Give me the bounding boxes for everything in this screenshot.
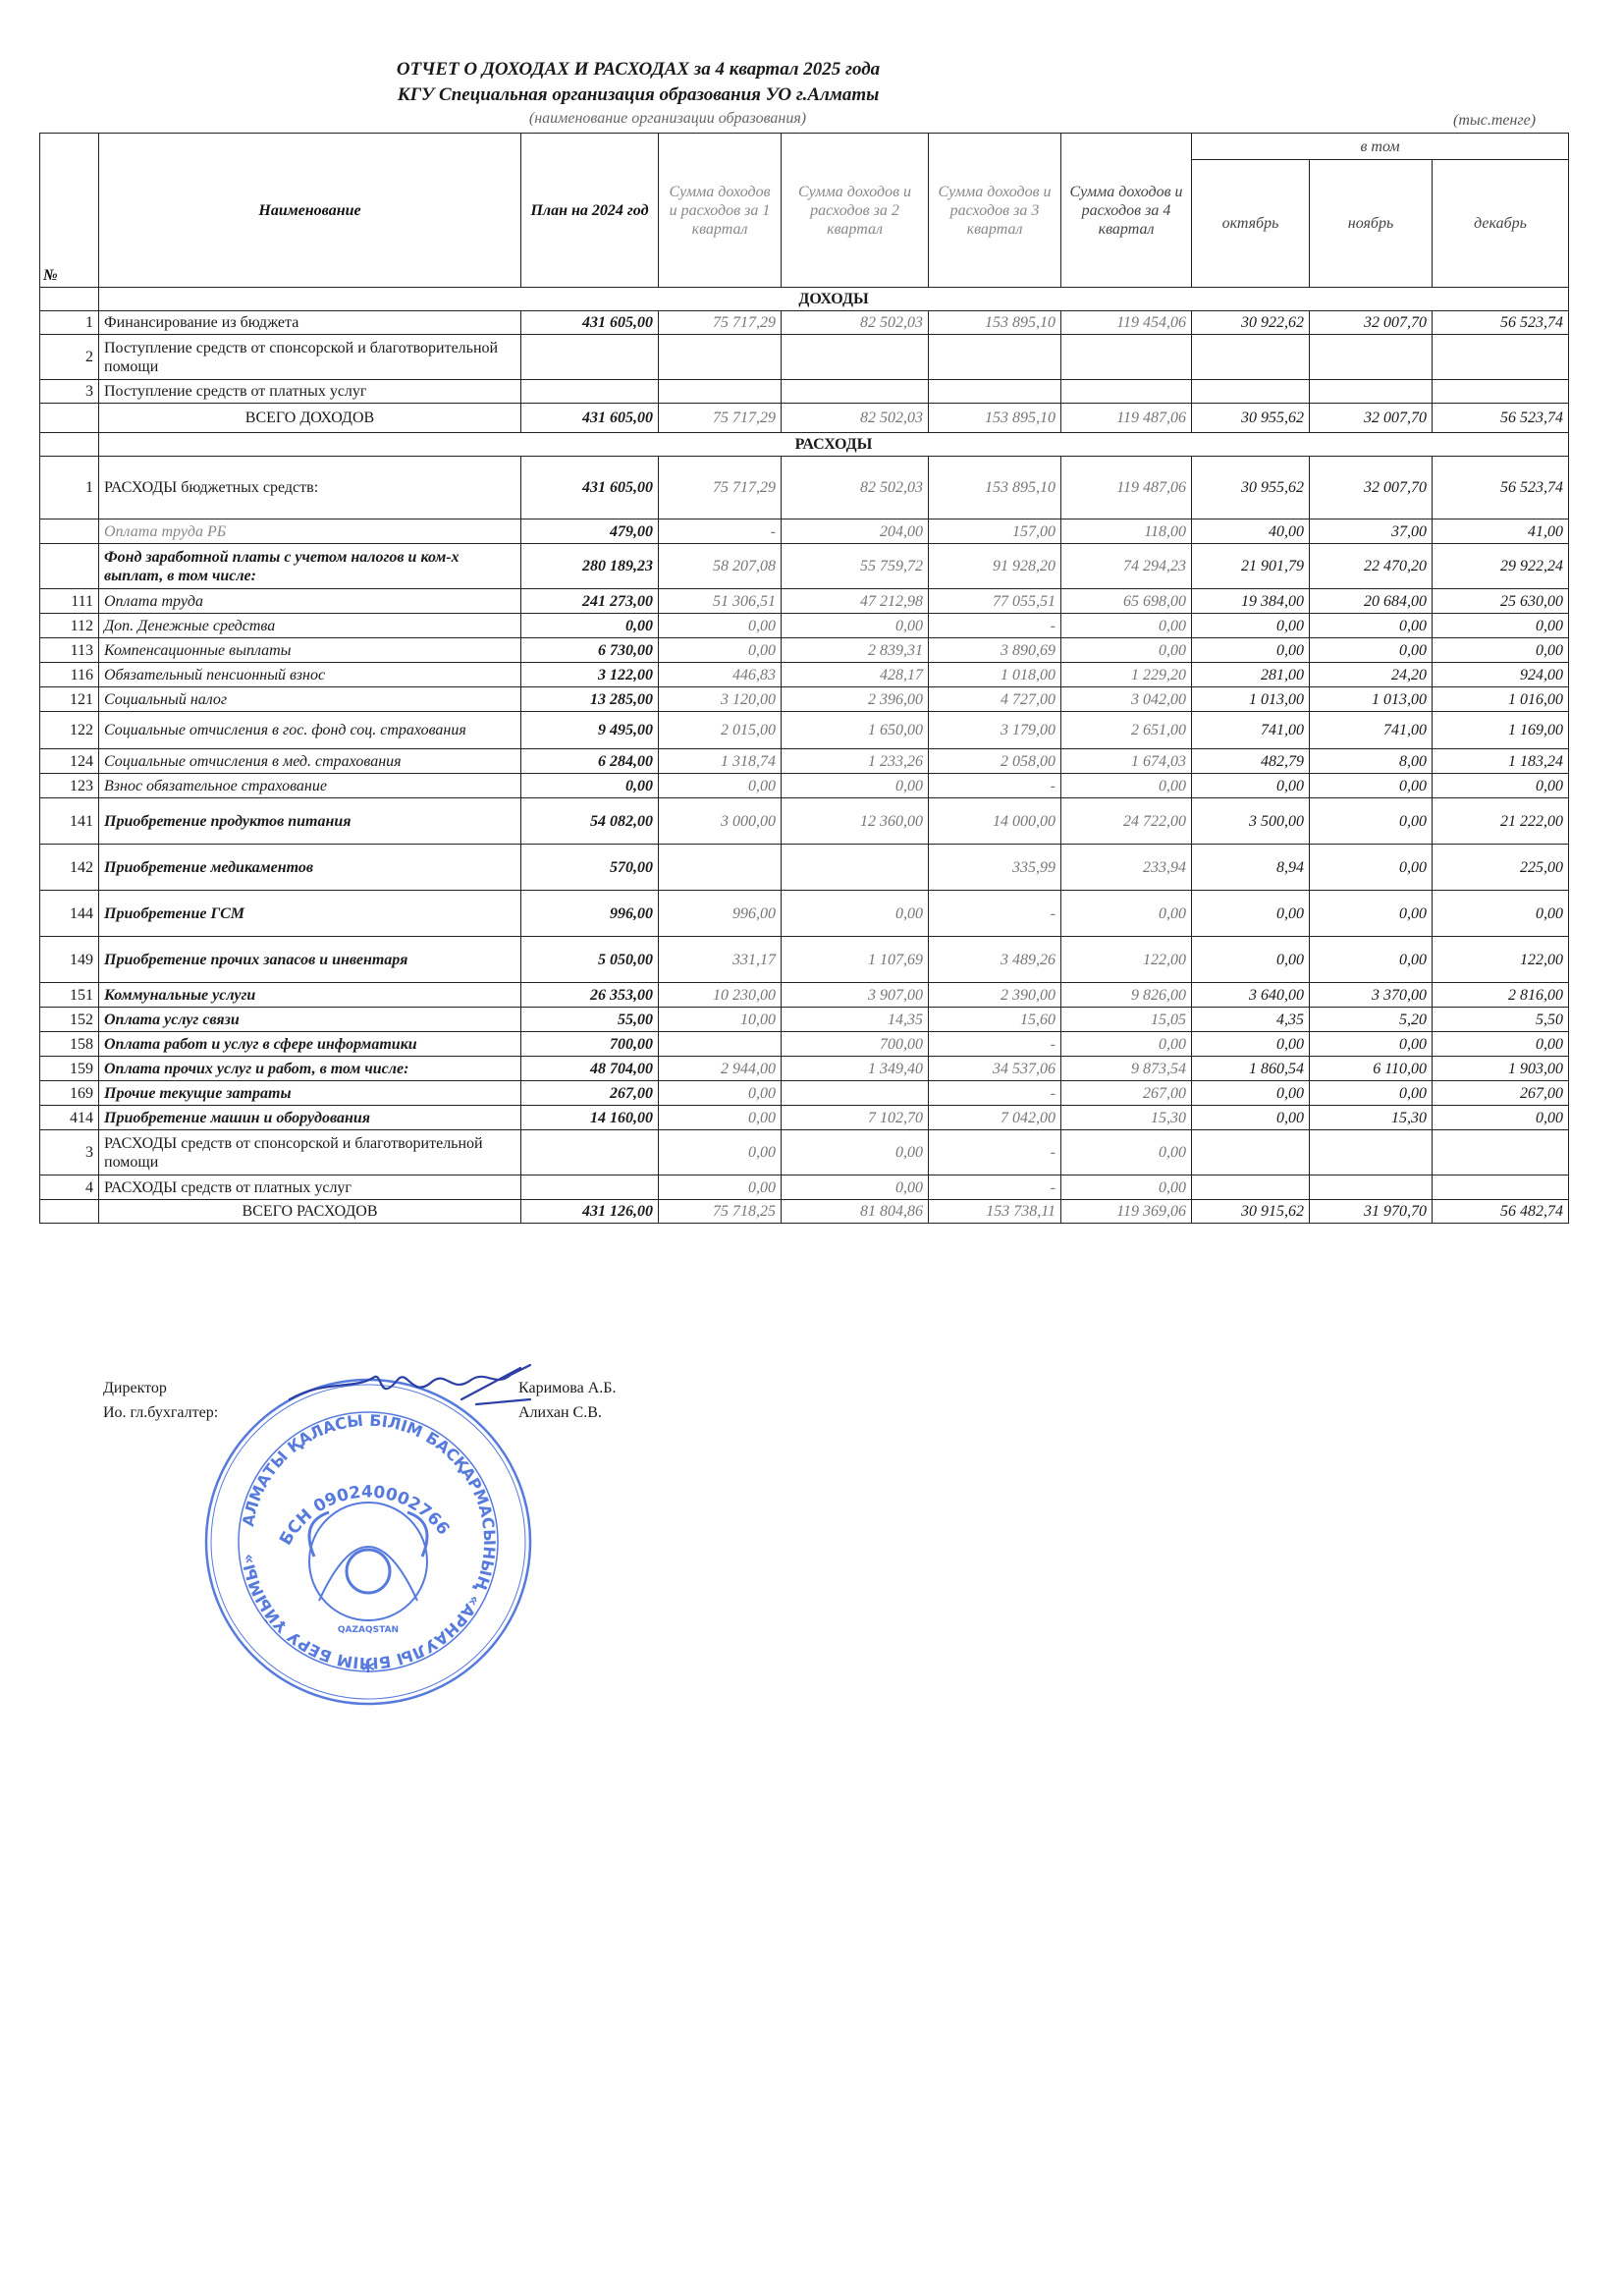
col-header-q2: Сумма доходов и расходов за 2 квартал	[782, 134, 929, 288]
row-code: 149	[40, 937, 99, 983]
expense-total-row: ВСЕГО РАСХОДОВ431 126,0075 718,2581 804,…	[40, 1200, 1569, 1224]
row-name: Коммунальные услуги	[99, 983, 521, 1008]
cell-nov: 5,20	[1310, 1008, 1433, 1032]
row-name: Финансирование из бюджета	[99, 311, 521, 335]
cell-oct: 0,00	[1192, 891, 1310, 937]
table-row: 3РАСХОДЫ средств от спонсорской и благот…	[40, 1130, 1569, 1175]
table-row: 1РАСХОДЫ бюджетных средств:431 605,0075 …	[40, 457, 1569, 519]
row-code: 169	[40, 1081, 99, 1106]
cell-oct: 281,00	[1192, 663, 1310, 687]
cell-q2: 82 502,03	[782, 404, 929, 433]
cell-oct: 3 640,00	[1192, 983, 1310, 1008]
cell-plan: 431 605,00	[521, 311, 659, 335]
row-code: 152	[40, 1008, 99, 1032]
cell-q4: 1 674,03	[1061, 749, 1192, 774]
row-name: Обязательный пенсионный взнос	[99, 663, 521, 687]
cell-q2: 7 102,70	[782, 1106, 929, 1130]
row-code: 113	[40, 638, 99, 663]
cell-q3: 2 390,00	[929, 983, 1061, 1008]
cell-q4: 1 229,20	[1061, 663, 1192, 687]
cell-oct: 0,00	[1192, 937, 1310, 983]
cell-q4	[1061, 335, 1192, 380]
cell-plan: 700,00	[521, 1032, 659, 1057]
cell-plan: 0,00	[521, 614, 659, 638]
table-row: 2Поступление средств от спонсорской и бл…	[40, 335, 1569, 380]
cell-q2: 82 502,03	[782, 457, 929, 519]
cell-dec	[1433, 380, 1569, 404]
row-name: Приобретение прочих запасов и инвентаря	[99, 937, 521, 983]
row-name: Фонд заработной платы с учетом налогов и…	[99, 544, 521, 589]
cell-nov: 3 370,00	[1310, 983, 1433, 1008]
cell-q1: 10 230,00	[659, 983, 782, 1008]
table-row: 124Социальные отчисления в мед. страхова…	[40, 749, 1569, 774]
table-row: 414Приобретение машин и оборудования14 1…	[40, 1106, 1569, 1130]
cell-nov: 0,00	[1310, 638, 1433, 663]
cell-q2: 0,00	[782, 1130, 929, 1175]
row-name: Социальный налог	[99, 687, 521, 712]
cell-q4: 0,00	[1061, 774, 1192, 798]
cell-plan: 14 160,00	[521, 1106, 659, 1130]
cell-oct: 741,00	[1192, 712, 1310, 749]
row-code: 151	[40, 983, 99, 1008]
cell-q2	[782, 380, 929, 404]
cell-plan	[521, 1130, 659, 1175]
cell-plan: 6 284,00	[521, 749, 659, 774]
cell-q3: 2 058,00	[929, 749, 1061, 774]
cell-plan: 55,00	[521, 1008, 659, 1032]
section-income: ДОХОДЫ	[99, 288, 1569, 311]
cell-q2: 81 804,86	[782, 1200, 929, 1224]
row-code	[40, 404, 99, 433]
cell-q1: 0,00	[659, 1081, 782, 1106]
row-code	[40, 519, 99, 544]
cell-nov: 0,00	[1310, 845, 1433, 891]
cell-q3: 153 895,10	[929, 457, 1061, 519]
cell-dec: 0,00	[1433, 1106, 1569, 1130]
cell-plan: 996,00	[521, 891, 659, 937]
cell-q3: 3 489,26	[929, 937, 1061, 983]
row-code: 142	[40, 845, 99, 891]
table-row: 121Социальный налог13 285,003 120,002 39…	[40, 687, 1569, 712]
cell-q1: 0,00	[659, 638, 782, 663]
table-row: 111Оплата труда241 273,0051 306,5147 212…	[40, 589, 1569, 614]
cell-q1	[659, 380, 782, 404]
cell-q4: 0,00	[1061, 891, 1192, 937]
cell-q3: 14 000,00	[929, 798, 1061, 845]
cell-nov: 0,00	[1310, 937, 1433, 983]
row-name: Приобретение ГСМ	[99, 891, 521, 937]
cell-oct: 30 955,62	[1192, 404, 1310, 433]
row-name: РАСХОДЫ бюджетных средств:	[99, 457, 521, 519]
cell-q2	[782, 1081, 929, 1106]
cell-oct: 0,00	[1192, 1081, 1310, 1106]
cell-dec: 56 482,74	[1433, 1200, 1569, 1224]
cell-q2: 0,00	[782, 614, 929, 638]
cell-q4: 118,00	[1061, 519, 1192, 544]
col-header-dec: декабрь	[1433, 160, 1569, 288]
cell-nov: 8,00	[1310, 749, 1433, 774]
cell-dec: 25 630,00	[1433, 589, 1569, 614]
director-signature	[285, 1360, 540, 1419]
currency-unit: (тыс.тенге)	[1453, 112, 1536, 130]
col-header-plan: План на 2024 год	[521, 134, 659, 288]
cell-nov: 24,20	[1310, 663, 1433, 687]
cell-q1: 75 717,29	[659, 457, 782, 519]
row-name: Приобретение машин и оборудования	[99, 1106, 521, 1130]
cell-nov	[1310, 380, 1433, 404]
cell-plan: 241 273,00	[521, 589, 659, 614]
cell-q1: 0,00	[659, 1175, 782, 1200]
cell-q3: 153 895,10	[929, 311, 1061, 335]
row-code: 2	[40, 335, 99, 380]
organization-caption: (наименование организации образования)	[373, 110, 962, 128]
row-name: Социальные отчисления в мед. страхования	[99, 749, 521, 774]
cell-dec: 5,50	[1433, 1008, 1569, 1032]
cell-nov	[1310, 335, 1433, 380]
cell-oct: 19 384,00	[1192, 589, 1310, 614]
cell-q3: -	[929, 774, 1061, 798]
cell-oct: 30 922,62	[1192, 311, 1310, 335]
cell-nov: 20 684,00	[1310, 589, 1433, 614]
row-name: Приобретение медикаментов	[99, 845, 521, 891]
cell-q1	[659, 335, 782, 380]
row-name: Оплата работ и услуг в сфере информатики	[99, 1032, 521, 1057]
col-header-num: №	[40, 134, 99, 288]
cell-plan: 13 285,00	[521, 687, 659, 712]
cell-q4: 74 294,23	[1061, 544, 1192, 589]
row-code: 1	[40, 457, 99, 519]
cell-dec: 1 903,00	[1433, 1057, 1569, 1081]
row-code: 159	[40, 1057, 99, 1081]
cell-nov: 31 970,70	[1310, 1200, 1433, 1224]
cell-oct: 0,00	[1192, 1106, 1310, 1130]
report-title: ОТЧЕТ О ДОХОДАХ И РАСХОДАХ за 4 квартал …	[49, 59, 1227, 81]
cell-q4: 65 698,00	[1061, 589, 1192, 614]
cell-q3: -	[929, 891, 1061, 937]
cell-dec: 1 183,24	[1433, 749, 1569, 774]
cell-q1: 331,17	[659, 937, 782, 983]
cell-q4: 15,30	[1061, 1106, 1192, 1130]
cell-dec: 2 816,00	[1433, 983, 1569, 1008]
cell-q4: 233,94	[1061, 845, 1192, 891]
cell-q4: 119 487,06	[1061, 457, 1192, 519]
cell-plan: 570,00	[521, 845, 659, 891]
cell-q3: 4 727,00	[929, 687, 1061, 712]
cell-q4: 0,00	[1061, 1130, 1192, 1175]
cell-dec: 0,00	[1433, 614, 1569, 638]
table-row: 1Финансирование из бюджета431 605,0075 7…	[40, 311, 1569, 335]
cell-oct	[1192, 380, 1310, 404]
cell-oct: 8,94	[1192, 845, 1310, 891]
cell-q3: 1 018,00	[929, 663, 1061, 687]
cell-q1: -	[659, 519, 782, 544]
col-header-q3: Сумма доходов и расходов за 3 квартал	[929, 134, 1061, 288]
stamp-emblem-caption: QAZAQSTAN	[338, 1625, 399, 1635]
cell-q1: 3 000,00	[659, 798, 782, 845]
cell-plan: 267,00	[521, 1081, 659, 1106]
cell-q1: 2 944,00	[659, 1057, 782, 1081]
table-row: 123Взнос обязательное страхование0,000,0…	[40, 774, 1569, 798]
row-name: Социальные отчисления в гос. фонд соц. с…	[99, 712, 521, 749]
row-name: Оплата услуг связи	[99, 1008, 521, 1032]
cell-nov: 0,00	[1310, 1032, 1433, 1057]
row-name: Поступление средств от платных услуг	[99, 380, 521, 404]
cell-q4: 267,00	[1061, 1081, 1192, 1106]
table-row: Оплата труда РБ479,00-204,00157,00118,00…	[40, 519, 1569, 544]
cell-q2: 55 759,72	[782, 544, 929, 589]
row-code: 111	[40, 589, 99, 614]
row-name: Оплата труда	[99, 589, 521, 614]
table-row: 116Обязательный пенсионный взнос3 122,00…	[40, 663, 1569, 687]
cell-dec: 0,00	[1433, 1032, 1569, 1057]
cell-q2: 1 650,00	[782, 712, 929, 749]
cell-q2: 0,00	[782, 1175, 929, 1200]
cell-dec: 225,00	[1433, 845, 1569, 891]
cell-q3: 153 738,11	[929, 1200, 1061, 1224]
cell-dec: 56 523,74	[1433, 404, 1569, 433]
cell-oct: 0,00	[1192, 614, 1310, 638]
cell-nov: 22 470,20	[1310, 544, 1433, 589]
row-code: 124	[40, 749, 99, 774]
cell-plan: 431 126,00	[521, 1200, 659, 1224]
cell-q2: 1 107,69	[782, 937, 929, 983]
row-code: 158	[40, 1032, 99, 1057]
table-row: 152Оплата услуг связи55,0010,0014,3515,6…	[40, 1008, 1569, 1032]
cell-oct: 0,00	[1192, 1032, 1310, 1057]
cell-nov: 0,00	[1310, 614, 1433, 638]
cell-q1: 996,00	[659, 891, 782, 937]
table-row: 151Коммунальные услуги26 353,0010 230,00…	[40, 983, 1569, 1008]
cell-plan	[521, 380, 659, 404]
cell-q3: 7 042,00	[929, 1106, 1061, 1130]
cell-plan: 3 122,00	[521, 663, 659, 687]
row-name: РАСХОДЫ средств от спонсорской и благотв…	[99, 1130, 521, 1175]
cell-q1: 2 015,00	[659, 712, 782, 749]
table-row: 169Прочие текущие затраты267,000,00-267,…	[40, 1081, 1569, 1106]
cell-oct: 0,00	[1192, 638, 1310, 663]
cell-q3: 157,00	[929, 519, 1061, 544]
cell-dec: 56 523,74	[1433, 311, 1569, 335]
col-header-q4: Сумма доходов и расходов за 4 квартал	[1061, 134, 1192, 288]
row-name: ВСЕГО ДОХОДОВ	[99, 404, 521, 433]
cell-dec	[1433, 1130, 1569, 1175]
section-expenses: РАСХОДЫ	[99, 433, 1569, 457]
cell-q4: 0,00	[1061, 614, 1192, 638]
cell-oct	[1192, 1175, 1310, 1200]
cell-q4: 2 651,00	[1061, 712, 1192, 749]
row-code: 3	[40, 380, 99, 404]
cell-q1: 0,00	[659, 774, 782, 798]
cell-q3: -	[929, 1130, 1061, 1175]
cell-q3: -	[929, 1032, 1061, 1057]
cell-dec: 41,00	[1433, 519, 1569, 544]
row-code	[40, 1200, 99, 1224]
cell-q3: 77 055,51	[929, 589, 1061, 614]
cell-oct: 0,00	[1192, 774, 1310, 798]
table-row: 122Социальные отчисления в гос. фонд соц…	[40, 712, 1569, 749]
cell-q4: 0,00	[1061, 638, 1192, 663]
cell-q1: 51 306,51	[659, 589, 782, 614]
cell-q1: 0,00	[659, 614, 782, 638]
cell-plan: 5 050,00	[521, 937, 659, 983]
cell-dec: 267,00	[1433, 1081, 1569, 1106]
cell-nov: 15,30	[1310, 1106, 1433, 1130]
row-name: ВСЕГО РАСХОДОВ	[99, 1200, 521, 1224]
row-code: 116	[40, 663, 99, 687]
cell-q4: 15,05	[1061, 1008, 1192, 1032]
row-code: 112	[40, 614, 99, 638]
row-code: 123	[40, 774, 99, 798]
cell-dec: 924,00	[1433, 663, 1569, 687]
cell-oct: 1 013,00	[1192, 687, 1310, 712]
row-name: Компенсационные выплаты	[99, 638, 521, 663]
cell-oct	[1192, 1130, 1310, 1175]
cell-dec: 21 222,00	[1433, 798, 1569, 845]
table-row: 142Приобретение медикаментов570,00335,99…	[40, 845, 1569, 891]
cell-oct: 482,79	[1192, 749, 1310, 774]
cell-q1: 75 717,29	[659, 404, 782, 433]
cell-q2: 14,35	[782, 1008, 929, 1032]
cell-nov: 741,00	[1310, 712, 1433, 749]
cell-q2	[782, 335, 929, 380]
row-code: 121	[40, 687, 99, 712]
cell-q4: 3 042,00	[1061, 687, 1192, 712]
cell-q1: 0,00	[659, 1106, 782, 1130]
col-header-name: Наименование	[99, 134, 521, 288]
cell-q4: 119 487,06	[1061, 404, 1192, 433]
row-code	[40, 544, 99, 589]
cell-q2: 1 349,40	[782, 1057, 929, 1081]
cell-dec	[1433, 335, 1569, 380]
cell-oct: 1 860,54	[1192, 1057, 1310, 1081]
cell-q4: 122,00	[1061, 937, 1192, 983]
cell-dec: 1 169,00	[1433, 712, 1569, 749]
cell-nov: 32 007,70	[1310, 457, 1433, 519]
cell-dec: 0,00	[1433, 774, 1569, 798]
cell-q3: 3 890,69	[929, 638, 1061, 663]
cell-dec: 0,00	[1433, 891, 1569, 937]
table-row: 158Оплата работ и услуг в сфере информат…	[40, 1032, 1569, 1057]
cell-dec	[1433, 1175, 1569, 1200]
cell-plan: 431 605,00	[521, 404, 659, 433]
cell-dec: 1 016,00	[1433, 687, 1569, 712]
cell-q1: 1 318,74	[659, 749, 782, 774]
cell-q3	[929, 380, 1061, 404]
cell-q2: 3 907,00	[782, 983, 929, 1008]
row-name: Оплата труда РБ	[99, 519, 521, 544]
cell-nov: 0,00	[1310, 891, 1433, 937]
cell-dec: 56 523,74	[1433, 457, 1569, 519]
cell-q4: 9 826,00	[1061, 983, 1192, 1008]
row-name: Приобретение продуктов питания	[99, 798, 521, 845]
row-name: Взнос обязательное страхование	[99, 774, 521, 798]
cell-nov: 0,00	[1310, 798, 1433, 845]
report-table: № Наименование План на 2024 год Сумма до…	[39, 133, 1569, 1224]
cell-plan: 479,00	[521, 519, 659, 544]
table-row: 4РАСХОДЫ средств от платных услуг0,000,0…	[40, 1175, 1569, 1200]
cell-q3	[929, 335, 1061, 380]
cell-q4: 9 873,54	[1061, 1057, 1192, 1081]
cell-q1	[659, 845, 782, 891]
cell-plan	[521, 1175, 659, 1200]
cell-plan: 431 605,00	[521, 457, 659, 519]
cell-q3: 91 928,20	[929, 544, 1061, 589]
cell-q1: 75 717,29	[659, 311, 782, 335]
cell-nov: 37,00	[1310, 519, 1433, 544]
cell-q2: 204,00	[782, 519, 929, 544]
row-name: РАСХОДЫ средств от платных услуг	[99, 1175, 521, 1200]
row-code: 1	[40, 311, 99, 335]
cell-oct: 4,35	[1192, 1008, 1310, 1032]
cell-plan: 9 495,00	[521, 712, 659, 749]
cell-plan: 54 082,00	[521, 798, 659, 845]
table-row: Фонд заработной платы с учетом налогов и…	[40, 544, 1569, 589]
cell-nov: 1 013,00	[1310, 687, 1433, 712]
cell-nov: 6 110,00	[1310, 1057, 1433, 1081]
cell-oct: 3 500,00	[1192, 798, 1310, 845]
cell-q3: -	[929, 614, 1061, 638]
cell-nov: 0,00	[1310, 1081, 1433, 1106]
cell-nov	[1310, 1130, 1433, 1175]
cell-q2: 82 502,03	[782, 311, 929, 335]
cell-q4: 119 454,06	[1061, 311, 1192, 335]
cell-q2: 47 212,98	[782, 589, 929, 614]
cell-q3: 34 537,06	[929, 1057, 1061, 1081]
cell-q1: 75 718,25	[659, 1200, 782, 1224]
row-code: 3	[40, 1130, 99, 1175]
cell-q3: 153 895,10	[929, 404, 1061, 433]
cell-q1: 10,00	[659, 1008, 782, 1032]
row-name: Оплата прочих услуг и работ, в том числе…	[99, 1057, 521, 1081]
official-stamp: АЛМАТЫ ҚАЛАСЫ БІЛІМ БАСҚАРМАСЫНЫҢ «АРНАУ…	[201, 1375, 535, 1709]
cell-nov: 32 007,70	[1310, 404, 1433, 433]
col-header-nov: ноябрь	[1310, 160, 1433, 288]
cell-nov	[1310, 1175, 1433, 1200]
cell-dec: 122,00	[1433, 937, 1569, 983]
col-header-in-that: в том	[1192, 134, 1569, 160]
cell-q2: 1 233,26	[782, 749, 929, 774]
cell-q1: 3 120,00	[659, 687, 782, 712]
cell-q1: 0,00	[659, 1130, 782, 1175]
cell-q1	[659, 1032, 782, 1057]
cell-q4: 24 722,00	[1061, 798, 1192, 845]
row-code: 414	[40, 1106, 99, 1130]
table-row: 3Поступление средств от платных услуг	[40, 380, 1569, 404]
cell-q3: -	[929, 1081, 1061, 1106]
cell-plan	[521, 335, 659, 380]
cell-plan: 6 730,00	[521, 638, 659, 663]
table-row: 144Приобретение ГСМ996,00996,000,00-0,00…	[40, 891, 1569, 937]
cell-dec: 29 922,24	[1433, 544, 1569, 589]
cell-q2	[782, 845, 929, 891]
cell-plan: 280 189,23	[521, 544, 659, 589]
cell-q1: 446,83	[659, 663, 782, 687]
cell-dec: 0,00	[1433, 638, 1569, 663]
table-row: 141Приобретение продуктов питания54 082,…	[40, 798, 1569, 845]
col-header-q1: Сумма доходов и расходов за 1 квартал	[659, 134, 782, 288]
row-code: 122	[40, 712, 99, 749]
cell-oct: 40,00	[1192, 519, 1310, 544]
organization-name: КГУ Специальная организация образования …	[49, 84, 1227, 106]
cell-nov: 32 007,70	[1310, 311, 1433, 335]
cell-oct	[1192, 335, 1310, 380]
cell-q4	[1061, 380, 1192, 404]
table-row: 113Компенсационные выплаты6 730,000,002 …	[40, 638, 1569, 663]
cell-q2: 12 360,00	[782, 798, 929, 845]
row-name: Поступление средств от спонсорской и бла…	[99, 335, 521, 380]
cell-plan: 26 353,00	[521, 983, 659, 1008]
cell-q1: 58 207,08	[659, 544, 782, 589]
